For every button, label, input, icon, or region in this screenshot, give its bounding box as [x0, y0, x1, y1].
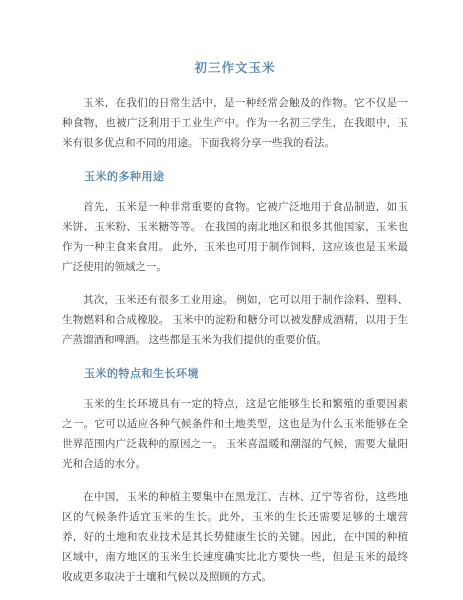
document-body: 玉米，在我们的日常生活中，是一种经常会触及的作物。它不仅是一种食物，也被广泛利用…: [62, 94, 408, 588]
body-paragraph: 首先，玉米是一种非常重要的食物。它被广泛地用于食品制造，如玉米饼、玉米粉、玉米糖…: [62, 198, 408, 278]
section-heading: 玉米的特点和生长环境: [62, 367, 408, 382]
document-title: 初三作文玉米: [62, 60, 408, 76]
document-page: 初三作文玉米 玉米，在我们的日常生活中，是一种经常会触及的作物。它不仅是一种食物…: [0, 0, 463, 600]
body-paragraph: 玉米的生长环境具有一定的特点，这是它能够生长和繁殖的重要因素之一。它可以适应各种…: [62, 395, 408, 475]
body-paragraph: 在中国，玉米的种植主要集中在黑龙江、吉林、辽宁等省份，这些地区的气候条件适宜玉米…: [62, 488, 408, 588]
body-paragraph: 玉米，在我们的日常生活中，是一种经常会触及的作物。它不仅是一种食物，也被广泛利用…: [62, 94, 408, 154]
section-heading: 玉米的多种用途: [62, 170, 408, 185]
document-content: 初三作文玉米 玉米，在我们的日常生活中，是一种经常会触及的作物。它不仅是一种食物…: [0, 0, 463, 588]
body-paragraph: 其次，玉米还有很多工业用途。 例如，它可以用于制作涂料、塑料、生物燃料和合成橡胶…: [62, 291, 408, 351]
page-number: 1: [0, 550, 463, 560]
